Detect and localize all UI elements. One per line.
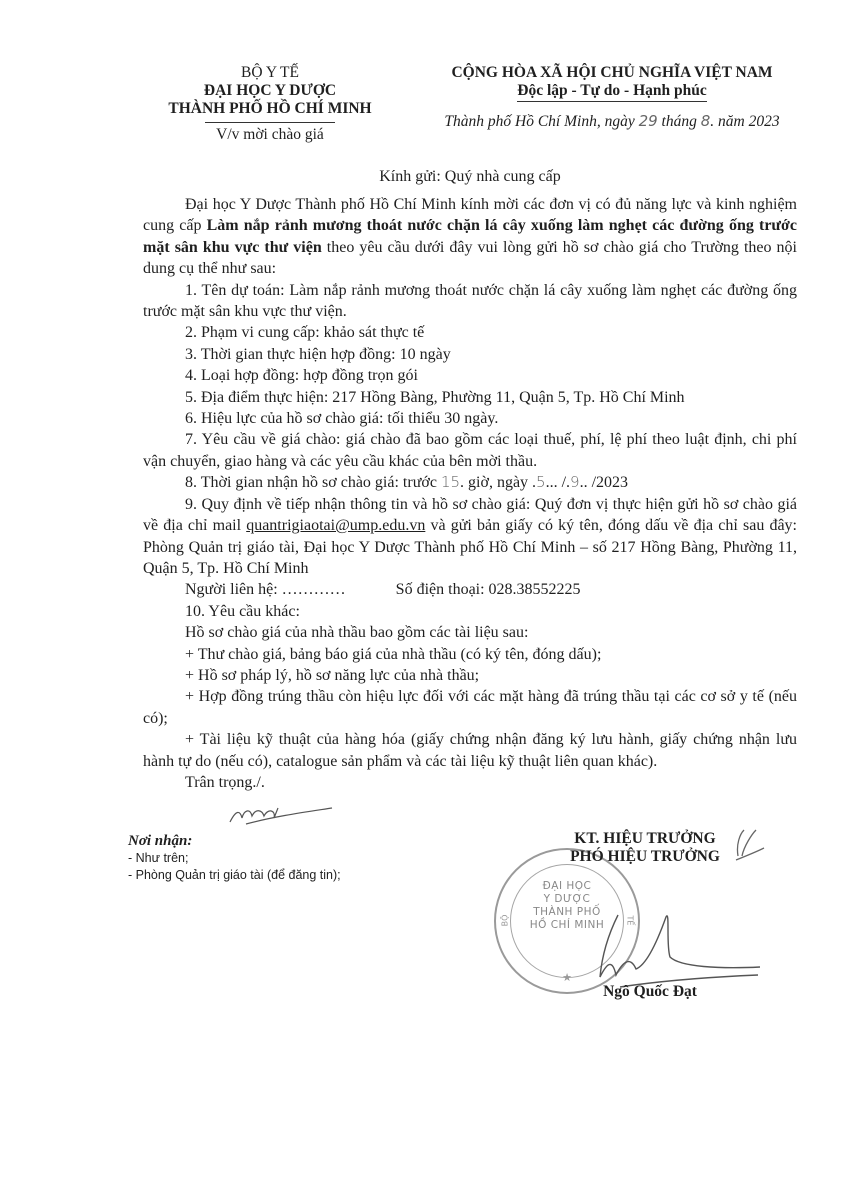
seal-side-left: BỘ (500, 915, 509, 927)
handwritten-signature (590, 905, 770, 990)
contact-phone: Số điện thoại: 028.38552225 (396, 579, 581, 600)
signer-title-2: PHÓ HIỆU TRƯỞNG (545, 848, 745, 866)
email-link[interactable]: quantrigiaotai@ump.edu.vn (246, 517, 425, 534)
signature-block: KT. HIỆU TRƯỞNG PHÓ HIỆU TRƯỞNG (545, 830, 745, 866)
item-10: 10. Yêu cầu khác: (143, 601, 797, 622)
recipients-block: Nơi nhận: - Như trên; - Phòng Quản trị g… (128, 833, 341, 884)
subject-line: V/v mời chào giá (150, 126, 390, 144)
item-5: 5. Địa điểm thực hiện: 217 Hồng Bàng, Ph… (143, 387, 797, 408)
item-8-mid: . giờ, ngày . (460, 474, 536, 491)
date-month-handwritten: 8 (701, 112, 711, 130)
signer-name: Ngô Quốc Đạt (580, 983, 720, 1001)
item-10-b: + Hồ sơ pháp lý, hồ sơ năng lực của nhà … (143, 665, 797, 686)
closing: Trân trọng./. (143, 772, 797, 793)
org-name-line1: ĐẠI HỌC Y DƯỢC (150, 82, 390, 100)
date-prefix: Thành phố Hồ Chí Minh, ngày (444, 113, 634, 130)
document-date: Thành phố Hồ Chí Minh, ngày 29 tháng 8. … (422, 112, 802, 131)
item-9: 9. Quy định về tiếp nhận thông tin và hồ… (143, 494, 797, 580)
deadline-hour: 15 (441, 473, 460, 491)
item-1: 1. Tên dự toán: Làm nắp rảnh mương thoát… (143, 280, 797, 323)
item-8-prefix: 8. Thời gian nhận hồ sơ chào giá: trước (185, 474, 441, 491)
signer-title-1: KT. HIỆU TRƯỞNG (545, 830, 745, 848)
contact-row: Người liên hệ: …………Số điện thoại: 028.38… (143, 579, 797, 600)
seal-line-1: ĐẠI HỌC (496, 880, 638, 893)
item-7: 7. Yêu cầu về giá chào: giá chào đã bao … (143, 429, 797, 472)
item-10-intro: Hồ sơ chào giá của nhà thầu bao gồm các … (143, 622, 797, 643)
org-name-line2: THÀNH PHỐ HỒ CHÍ MINH (150, 100, 390, 118)
national-header: CỘNG HÒA XÃ HỘI CHỦ NGHĨA VIỆT NAM Độc l… (422, 64, 802, 131)
date-year: . năm 2023 (710, 113, 779, 130)
recipient-2: - Phòng Quản trị giáo tài (để đăng tin); (128, 867, 341, 884)
initial-tick-mark (730, 826, 770, 866)
item-8-sep: ... /. (546, 474, 570, 491)
ministry-name: BỘ Y TẾ (150, 64, 390, 82)
item-2: 2. Phạm vi cung cấp: khảo sát thực tế (143, 322, 797, 343)
deadline-month: 9 (570, 473, 580, 491)
item-10-a: + Thư chào giá, bảng báo giá của nhà thầ… (143, 644, 797, 665)
letter-body: Đại học Y Dược Thành phố Hồ Chí Minh kín… (143, 194, 797, 793)
item-4: 4. Loại hợp đồng: hợp đồng trọn gói (143, 365, 797, 386)
item-10-c: + Hợp đồng trúng thầu còn hiệu lực đối v… (143, 686, 797, 729)
issuer-header: BỘ Y TẾ ĐẠI HỌC Y DƯỢC THÀNH PHỐ HỒ CHÍ … (150, 64, 390, 144)
nation-title: CỘNG HÒA XÃ HỘI CHỦ NGHĨA VIỆT NAM (422, 64, 802, 82)
date-month-label: tháng (662, 113, 697, 130)
item-8-suffix: .. /2023 (580, 474, 628, 491)
item-3: 3. Thời gian thực hiện hợp đồng: 10 ngày (143, 344, 797, 365)
item-6: 6. Hiệu lực của hồ sơ chào giá: tối thiể… (143, 408, 797, 429)
item-8: 8. Thời gian nhận hồ sơ chào giá: trước … (143, 472, 797, 493)
recipients-title: Nơi nhận: (128, 833, 341, 850)
deadline-day: 5 (536, 473, 546, 491)
intro-paragraph: Đại học Y Dược Thành phố Hồ Chí Minh kín… (143, 194, 797, 280)
national-motto: Độc lập - Tự do - Hạnh phúc (517, 82, 706, 102)
date-day-handwritten: 29 (639, 112, 658, 130)
item-10-d: + Tài liệu kỹ thuật của hàng hóa (giấy c… (143, 729, 797, 772)
recipient-1: - Như trên; (128, 850, 341, 867)
initials-mark (226, 804, 336, 828)
header-divider (205, 122, 335, 123)
contact-person: Người liên hệ: ………… (185, 581, 346, 598)
greeting: Kính gửi: Quý nhà cung cấp (140, 168, 800, 186)
